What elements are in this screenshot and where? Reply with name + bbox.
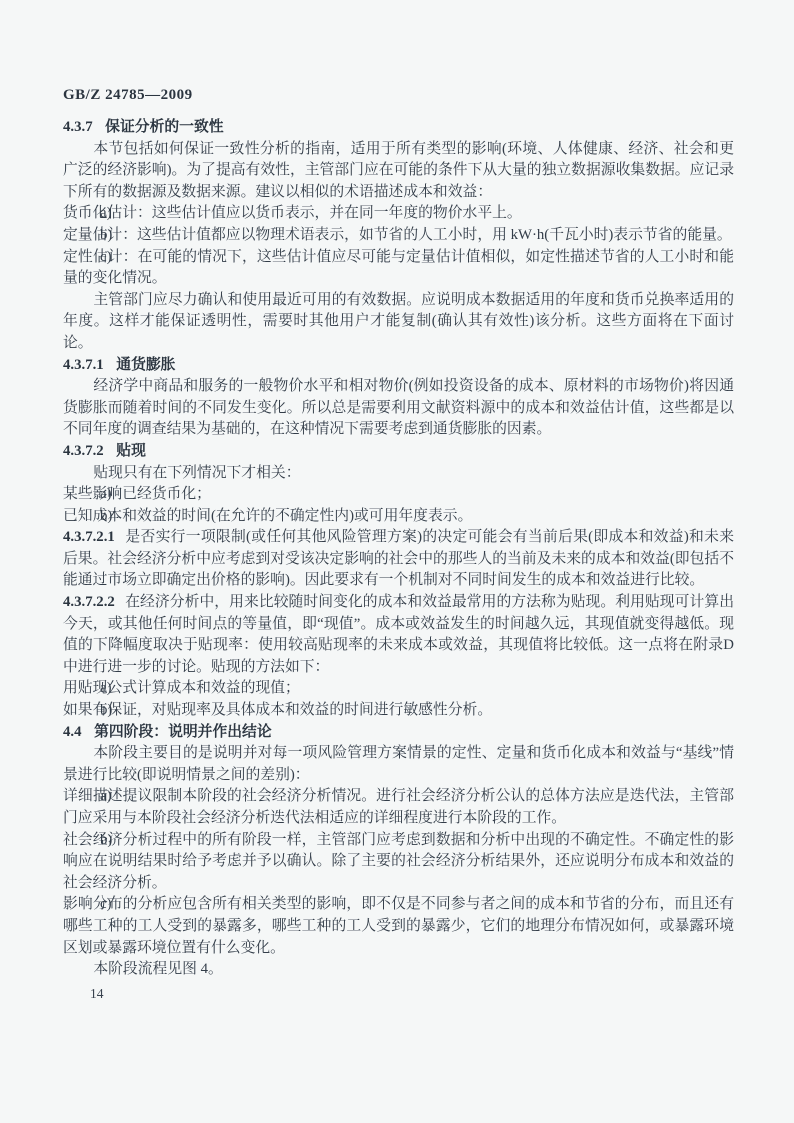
list-item: a)详细描述提议限制本阶段的社会经济分析情况。进行社会经济分析公认的总体方法应是…	[63, 786, 734, 829]
numbered-paragraph: 4.3.7.2.2在经济分析中，用来比较随时间变化的成本和效益最常用的方法称为贴…	[63, 592, 734, 678]
list-item: b)如果有保证，对贴现率及具体成本和效益的时间进行敏感性分析。	[63, 700, 734, 722]
list-item-text: 货币化估计：这些估计值应以货币表示，并在同一年度的物价水平上。	[63, 205, 522, 221]
list-item: a)用贴现公式计算成本和效益的现值；	[63, 678, 734, 700]
section-number: 4.4	[63, 724, 82, 740]
numbered-paragraph: 4.3.7.2.1是否实行一项限制(或任何其他风险管理方案)的决定可能会有当前后…	[63, 527, 734, 592]
document-footer: 14	[63, 985, 734, 1003]
list-item-text: 如果有保证，对贴现率及具体成本和效益的时间进行敏感性分析。	[63, 702, 492, 718]
section-heading: 4.4第四阶段：说明并作出结论	[63, 722, 734, 744]
list-item-text: 定量估计：这些估计值都应以物理术语表示，如节省的人工小时，用 kW·h(千瓦小时…	[63, 227, 732, 243]
list-item: c)影响分布的分析应包含所有相关类型的影响，即不仅是不同参与者之间的成本和节省的…	[63, 894, 734, 959]
section-title: 贴现	[116, 443, 146, 459]
paragraph: 主管部门应尽力确认和使用最近可用的有效数据。应说明成本数据适用的年度和货币兑换率…	[63, 290, 734, 355]
list-item-label: a)	[100, 203, 112, 225]
section-heading: 4.3.7.1通货膨胀	[63, 355, 734, 377]
list-item-label: b)	[100, 506, 112, 528]
section-title: 通货膨胀	[116, 357, 175, 373]
list-item-label: a)	[100, 678, 112, 700]
page-number: 14	[90, 986, 104, 1001]
list-item-label: c)	[100, 247, 112, 269]
section-number: 4.3.7.2	[63, 443, 104, 459]
paragraph: 本节包括如何保证一致性分析的指南，适用于所有类型的影响(环境、人体健康、经济、社…	[63, 139, 734, 204]
list-item-label: b)	[100, 830, 112, 852]
paragraph: 经济学中商品和服务的一般物价水平和相对物价(例如投资设备的成本、原材料的市场物价…	[63, 376, 734, 441]
paragraph: 本阶段主要目的是说明并对每一项风险管理方案情景的定性、定量和货币化成本和效益与“…	[63, 743, 734, 786]
list-item: b)定量估计：这些估计值都应以物理术语表示，如节省的人工小时，用 kW·h(千瓦…	[63, 225, 734, 247]
list-item-label: c)	[100, 894, 112, 916]
list-item: b)已知成本和效益的时间(在允许的不确定性内)或可用年度表示。	[63, 506, 734, 528]
clause-number: 4.3.7.2.1	[63, 529, 115, 545]
list-item: b)社会经济分析过程中的所有阶段一样，主管部门应考虑到数据和分析中出现的不确定性…	[63, 830, 734, 895]
list-item-label: b)	[100, 225, 112, 247]
clause-text: 是否实行一项限制(或任何其他风险管理方案)的决定可能会有当前后果(即成本和效益)…	[63, 529, 734, 588]
paragraph: 本阶段流程见图 4。	[63, 959, 734, 981]
document-body: 4.3.7保证分析的一致性本节包括如何保证一致性分析的指南，适用于所有类型的影响…	[63, 117, 734, 981]
section-title: 保证分析的一致性	[105, 119, 223, 135]
list-item-text: 定性估计：在可能的情况下，这些估计值应尽可能与定量估计值相似，如定性描述节省的人…	[63, 249, 734, 287]
list-item-text: 某些影响已经货币化；	[63, 486, 211, 502]
list-item-text: 已知成本和效益的时间(在允许的不确定性内)或可用年度表示。	[63, 508, 472, 524]
list-item-label: b)	[100, 700, 112, 722]
list-item-text: 详细描述提议限制本阶段的社会经济分析情况。进行社会经济分析公认的总体方法应是迭代…	[63, 788, 734, 826]
clause-text: 在经济分析中，用来比较随时间变化的成本和效益最常用的方法称为贴现。利用贴现可计算…	[63, 594, 734, 675]
section-heading: 4.3.7保证分析的一致性	[63, 117, 734, 139]
section-title: 第四阶段：说明并作出结论	[94, 724, 272, 740]
document-page: GB/Z 24785—2009 4.3.7保证分析的一致性本节包括如何保证一致性…	[0, 0, 794, 1123]
list-item-text: 社会经济分析过程中的所有阶段一样，主管部门应考虑到数据和分析中出现的不确定性。不…	[63, 832, 734, 891]
list-item: a)货币化估计：这些估计值应以货币表示，并在同一年度的物价水平上。	[63, 203, 734, 225]
paragraph: 贴现只有在下列情况下才相关：	[63, 463, 734, 485]
list-item: a)某些影响已经货币化；	[63, 484, 734, 506]
document-header: GB/Z 24785—2009	[63, 86, 734, 104]
list-item-text: 用贴现公式计算成本和效益的现值；	[63, 680, 300, 696]
section-heading: 4.3.7.2贴现	[63, 441, 734, 463]
standard-number: GB/Z 24785—2009	[63, 87, 193, 103]
list-item-text: 影响分布的分析应包含所有相关类型的影响，即不仅是不同参与者之间的成本和节省的分布…	[63, 896, 734, 955]
list-item-label: a)	[100, 484, 112, 506]
list-item: c)定性估计：在可能的情况下，这些估计值应尽可能与定量估计值相似，如定性描述节省…	[63, 247, 734, 290]
clause-number: 4.3.7.2.2	[63, 594, 115, 610]
list-item-label: a)	[100, 786, 112, 808]
section-number: 4.3.7	[63, 119, 93, 135]
section-number: 4.3.7.1	[63, 357, 104, 373]
